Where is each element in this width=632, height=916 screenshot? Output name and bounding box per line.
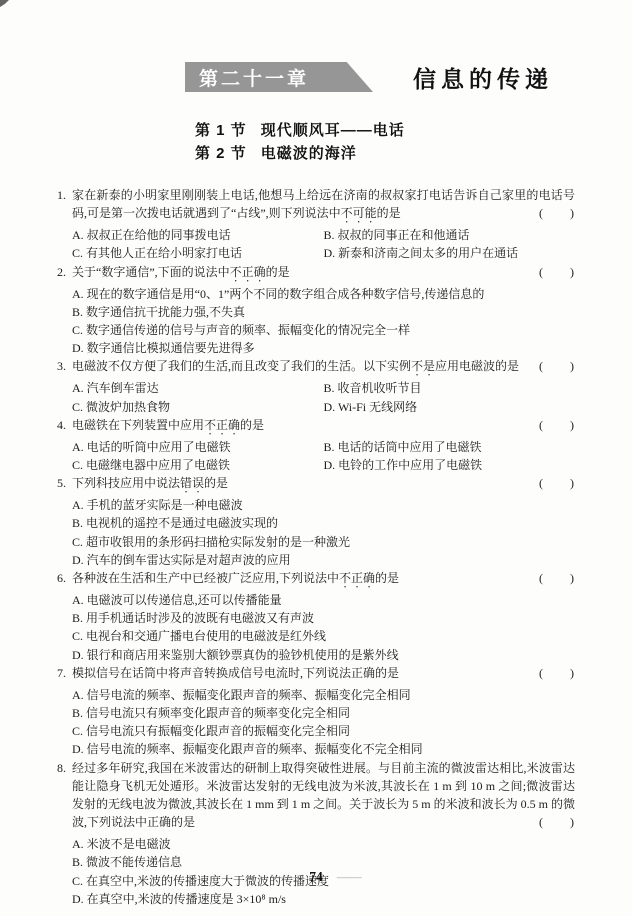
stem-text: 下列科技应用中说法 xyxy=(72,476,180,490)
page-number: 74 xyxy=(309,869,323,884)
question-stem: 电磁波不仅方便了我们的生活,而且改变了我们的生活。以下实例不是应用电磁波的是( … xyxy=(72,357,575,379)
section-label: 第 1 节 xyxy=(195,122,247,139)
option-b: B. 信号电流只有频率变化跟声音的频率变化完全相同 xyxy=(72,704,575,722)
page-header: 第二十一章 信息的传递 第 1 节现代顺风耳——电话 第 2 节电磁波的海洋 xyxy=(57,62,575,165)
question-number: 7. xyxy=(57,664,66,682)
option-c: C. 超市收银用的条形码扫描枪实际发射的是一种激光 xyxy=(72,533,575,551)
question-1: 1. 家在新泰的小明家里刚刚装上电话,他想马上给远在济南的叔叔家打电话告诉自己家… xyxy=(57,186,575,263)
scan-artifact xyxy=(0,0,9,7)
stem-emphasis: 不正确 xyxy=(204,418,240,432)
question-number: 3. xyxy=(57,357,66,375)
worksheet-page: 第二十一章 信息的传递 第 1 节现代顺风耳——电话 第 2 节电磁波的海洋 1… xyxy=(0,0,632,916)
option-a: A. 米波不是电磁波 xyxy=(72,835,575,853)
answer-bracket: ( ) xyxy=(539,263,575,281)
option-c: C. 微波炉加热食物 xyxy=(72,398,324,416)
answer-bracket: ( ) xyxy=(539,569,575,587)
question-stem: 电磁铁在下列装置中应用不正确的是( ) xyxy=(72,416,575,438)
answer-bracket: ( ) xyxy=(539,204,575,222)
option-a: A. 现在的数字通信是用“0、1”两个不同的数字组合成各种数字信号,传递信息的 xyxy=(72,285,575,303)
option-c: C. 有其他人正在给小明家打电话 xyxy=(72,244,324,262)
question-6: 6. 各种波在生活和生产中已经被广泛应用,下列说法中不正确的是( ) A. 电磁… xyxy=(57,569,575,664)
section-title: 现代顺风耳——电话 xyxy=(261,122,405,139)
option-d: D. 银行和商店用来鉴别大额钞票真伪的验钞机使用的是紫外线 xyxy=(72,646,575,664)
answer-bracket: ( ) xyxy=(539,416,575,434)
stem-text: 家在新泰的小明家里刚刚装上电话,他想马上给远在济南的叔叔家打电话告诉自己家里的电… xyxy=(72,188,575,220)
options: A. 电话的听筒中应用了电磁铁 B. 电话的话筒中应用了电磁铁 C. 电磁继电器… xyxy=(72,438,575,474)
option-c: C. 电磁继电器中应用了电磁铁 xyxy=(72,456,324,474)
stem-text: 的是 xyxy=(204,476,228,490)
question-2: 2. 关于“数字通信”,下面的说法中不正确的是( ) A. 现在的数字通信是用“… xyxy=(57,263,575,358)
option-d: D. 信号电流的频率、振幅变化跟声音的频率、振幅变化不完全相同 xyxy=(72,740,575,758)
footer-right-dash: —— xyxy=(337,869,361,884)
option-c: C. 数字通信传递的信号与声音的频率、振幅变化的情况完全一样 xyxy=(72,321,575,339)
stem-text: 的是 xyxy=(377,206,401,220)
option-d: D. Wi-Fi 无线网络 xyxy=(324,398,576,416)
question-number: 8. xyxy=(57,759,66,777)
answer-bracket: ( ) xyxy=(539,813,575,831)
stem-text: 应用电磁波的是 xyxy=(435,359,519,373)
option-d: D. 汽车的倒车雷达实际是对超声波的应用 xyxy=(72,551,575,569)
stem-text: 电磁铁在下列装置中应用 xyxy=(72,418,204,432)
section-label: 第 2 节 xyxy=(195,145,247,162)
option-b: B. 电视机的遥控不是通过电磁波实现的 xyxy=(72,514,575,532)
footer-left-dash: —— xyxy=(271,869,295,884)
options: A. 汽车倒车雷达 B. 收音机收听节目 C. 微波炉加热食物 D. Wi-Fi… xyxy=(72,379,575,415)
stem-text: 的是 xyxy=(240,418,264,432)
option-a: A. 手机的蓝牙实际是一种电磁波 xyxy=(72,496,575,514)
option-b: B. 叔叔的同事正在和他通话 xyxy=(324,226,576,244)
question-number: 4. xyxy=(57,416,66,434)
chapter-banner-label: 第二十一章 xyxy=(199,64,309,91)
option-a: A. 信号电流的频率、振幅变化跟声音的频率、振幅变化完全相同 xyxy=(72,686,575,704)
option-b: B. 收音机收听节目 xyxy=(324,379,576,397)
question-stem: 关于“数字通信”,下面的说法中不正确的是( ) xyxy=(72,263,575,285)
option-d: D. 电铃的工作中应用了电磁铁 xyxy=(324,456,576,474)
section-heading-2: 第 2 节电磁波的海洋 xyxy=(195,142,575,165)
question-stem: 各种波在生活和生产中已经被广泛应用,下列说法中不正确的是( ) xyxy=(72,569,575,591)
stem-text: 各种波在生活和生产中已经被广泛应用,下列说法中 xyxy=(72,571,339,585)
options: A. 信号电流的频率、振幅变化跟声音的频率、振幅变化完全相同 B. 信号电流只有… xyxy=(72,686,575,759)
question-stem: 下列科技应用中说法错误的是( ) xyxy=(72,474,575,496)
question-stem: 模拟信号在话筒中将声音转换成信号电流时,下列说法正确的是( ) xyxy=(72,664,575,686)
option-c: C. 信号电流只有振幅变化跟声音的振幅变化完全相同 xyxy=(72,722,575,740)
question-4: 4. 电磁铁在下列装置中应用不正确的是( ) A. 电话的听筒中应用了电磁铁 B… xyxy=(57,416,575,474)
chapter-header-row: 第二十一章 信息的传递 xyxy=(185,62,575,92)
question-number: 5. xyxy=(57,474,66,492)
question-7: 7. 模拟信号在话筒中将声音转换成信号电流时,下列说法正确的是( ) A. 信号… xyxy=(57,664,575,759)
option-d: D. 数字通信比模拟通信要先进得多 xyxy=(72,339,575,357)
question-stem: 经过多年研究,我国在米波雷达的研制上取得突破性进展。与目前主流的微波雷达相比,米… xyxy=(72,759,575,836)
question-number: 2. xyxy=(57,263,66,281)
options: A. 手机的蓝牙实际是一种电磁波 B. 电视机的遥控不是通过电磁波实现的 C. … xyxy=(72,496,575,569)
option-c: C. 电视台和交通广播电台使用的电磁波是红外线 xyxy=(72,627,575,645)
section-headings: 第 1 节现代顺风耳——电话 第 2 节电磁波的海洋 xyxy=(195,119,575,165)
question-8: 8. 经过多年研究,我国在米波雷达的研制上取得突破性进展。与目前主流的微波雷达相… xyxy=(57,759,575,908)
answer-bracket: ( ) xyxy=(539,357,575,375)
option-a: A. 叔叔正在给他的同事拨电话 xyxy=(72,226,324,244)
option-a: A. 电话的听筒中应用了电磁铁 xyxy=(72,438,324,456)
section-heading-1: 第 1 节现代顺风耳——电话 xyxy=(195,119,575,142)
question-stem: 家在新泰的小明家里刚刚装上电话,他想马上给远在济南的叔叔家打电话告诉自己家里的电… xyxy=(72,186,575,226)
chapter-title: 信息的传递 xyxy=(413,61,553,94)
question-number: 6. xyxy=(57,569,66,587)
chapter-banner: 第二十一章 xyxy=(185,62,373,92)
question-5: 5. 下列科技应用中说法错误的是( ) A. 手机的蓝牙实际是一种电磁波 B. … xyxy=(57,474,575,569)
option-d: D. 新泰和济南之间太多的用户在通话 xyxy=(324,244,576,262)
question-number: 1. xyxy=(57,186,66,204)
stem-text: 关于“数字通信”,下面的说法中 xyxy=(72,265,230,279)
options: A. 叔叔正在给他的同事拨电话 B. 叔叔的同事正在和他通话 C. 有其他人正在… xyxy=(72,226,575,262)
option-a: A. 汽车倒车雷达 xyxy=(72,379,324,397)
options: A. 电磁波可以传递信息,还可以传播能量 B. 用手机通话时涉及的波既有电磁波又… xyxy=(72,591,575,664)
option-b: B. 用手机通话时涉及的波既有电磁波又有声波 xyxy=(72,609,575,627)
stem-text: 的是 xyxy=(266,265,290,279)
stem-text: 电磁波不仅方便了我们的生活,而且改变了我们的生活。以下实例 xyxy=(72,359,411,373)
question-3: 3. 电磁波不仅方便了我们的生活,而且改变了我们的生活。以下实例不是应用电磁波的… xyxy=(57,357,575,415)
stem-emphasis: 不正确 xyxy=(230,265,266,279)
stem-text: 的是 xyxy=(375,571,399,585)
option-a: A. 电磁波可以传递信息,还可以传播能量 xyxy=(72,591,575,609)
option-b: B. 电话的话筒中应用了电磁铁 xyxy=(324,438,576,456)
stem-emphasis: 不是 xyxy=(411,359,435,373)
answer-bracket: ( ) xyxy=(539,474,575,492)
question-list: 1. 家在新泰的小明家里刚刚装上电话,他想马上给远在济南的叔叔家打电话告诉自己家… xyxy=(57,186,575,908)
option-b: B. 数字通信抗干扰能力强,不失真 xyxy=(72,303,575,321)
stem-text: 经过多年研究,我国在米波雷达的研制上取得突破性进展。与目前主流的微波雷达相比,米… xyxy=(72,761,575,830)
page-footer: ——74—— xyxy=(0,869,632,885)
option-d: D. 在真空中,米波的传播速度是 3×10⁸ m/s xyxy=(72,890,575,908)
options: A. 现在的数字通信是用“0、1”两个不同的数字组合成各种数字信号,传递信息的 … xyxy=(72,285,575,358)
answer-bracket: ( ) xyxy=(539,664,575,682)
stem-text: 模拟信号在话筒中将声音转换成信号电流时,下列说法正确的是 xyxy=(72,666,399,680)
stem-emphasis: 不正确 xyxy=(339,571,375,585)
section-title: 电磁波的海洋 xyxy=(261,145,357,162)
stem-emphasis: 错误 xyxy=(180,476,204,490)
stem-emphasis: 不可能 xyxy=(341,206,377,220)
